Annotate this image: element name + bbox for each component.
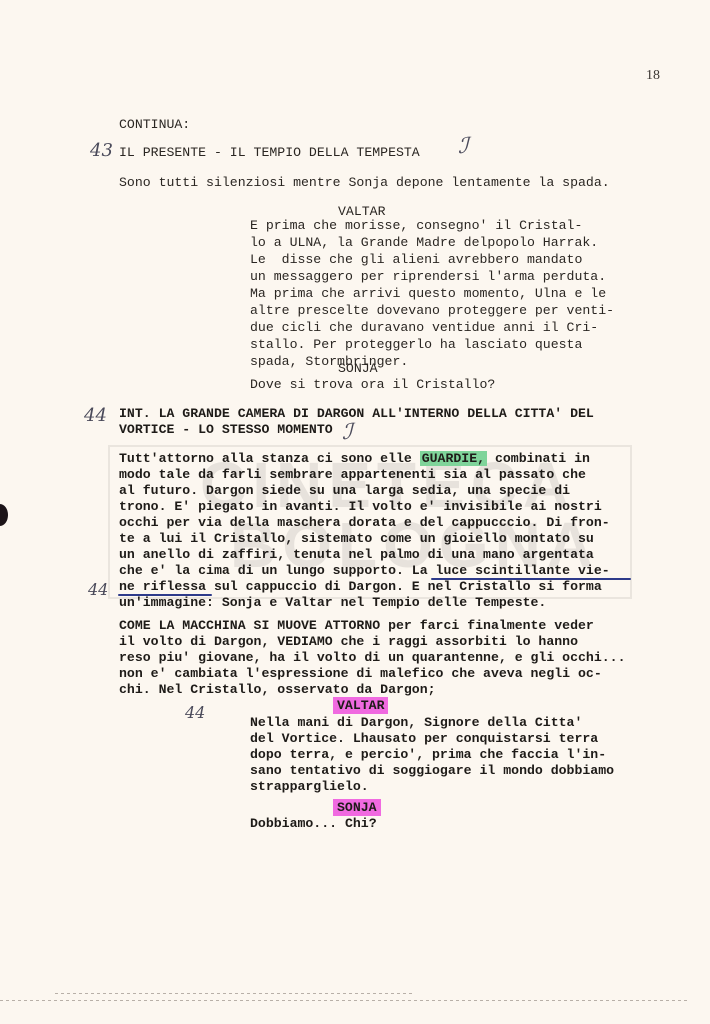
dialogue-line: E prima che morisse, consegno' il Crista…: [250, 217, 582, 234]
dialogue-line: sano tentativo di soggiogare il mondo do…: [250, 762, 614, 779]
dialogue-line: due cicli che duravano ventidue anni il …: [250, 319, 598, 336]
character-name: SONJA: [338, 360, 378, 377]
dialogue-line: Dove si trova ora il Cristallo?: [250, 376, 495, 393]
highlight-valtar: VALTAR: [333, 697, 388, 714]
scene-heading: IL PRESENTE - IL TEMPIO DELLA TEMPESTA: [119, 144, 420, 161]
action-line: te a lui il Cristallo, sistemato come un…: [119, 530, 594, 547]
dialogue-line: Le disse che gli alieni avrebbero mandat…: [250, 251, 582, 268]
dialogue-line: spada, Stormbringer.: [250, 353, 408, 370]
scene-heading: INT. LA GRANDE CAMERA DI DARGON ALL'INTE…: [119, 405, 594, 422]
dialogue-line: un messaggero per riprendersi l'arma per…: [250, 268, 606, 285]
script-page: CINETECA BOLOGNA 18 CONTINUA: 43 IL PRES…: [0, 0, 710, 1024]
check-mark-icon: ℐ: [458, 134, 468, 159]
action-line: ne riflessa sul cappuccio di Dargon. E n…: [119, 578, 602, 595]
action-line: al futuro. Dargon siede su una larga sed…: [119, 482, 570, 499]
character-name: VALTAR: [333, 697, 388, 714]
dialogue-line: Ma prima che arrivi questo momento, Ulna…: [250, 285, 606, 302]
margin-note-handwritten: 44: [185, 703, 205, 722]
highlight-guardie: GUARDIE,: [420, 451, 487, 466]
action-line: non e' cambiata l'espressione di malefic…: [119, 665, 602, 682]
action-line: occhi per via della maschera dorata e de…: [119, 514, 610, 531]
action-line: Sono tutti silenziosi mentre Sonja depon…: [119, 174, 610, 191]
scene-heading: VORTICE - LO STESSO MOMENTO: [119, 421, 333, 438]
scene-number-handwritten: 43: [90, 140, 113, 161]
action-line: il volto di Dargon, VEDIAMO che i raggi …: [119, 633, 578, 650]
character-name: SONJA: [333, 799, 381, 816]
punch-hole: [0, 504, 8, 526]
scan-artifact-line: [0, 1000, 690, 1001]
pen-underline: [431, 578, 631, 580]
dialogue-line: del Vortice. Lhausato per conquistarsi t…: [250, 730, 598, 747]
dialogue-line: stallo. Per proteggerlo ha lasciato ques…: [250, 336, 582, 353]
action-line: Tutt'attorno alla stanza ci sono elle GU…: [119, 450, 590, 467]
action-line: un anello di zaffiri, tenuta nel palmo d…: [119, 546, 594, 563]
dialogue-line: altre prescelte dovevano proteggere per …: [250, 302, 614, 319]
dialogue-line: Dobbiamo... Chi?: [250, 815, 377, 832]
dialogue-line: strapparglielo.: [250, 778, 369, 795]
action-line: COME LA MACCHINA SI MUOVE ATTORNO per fa…: [119, 617, 594, 634]
dialogue-line: dopo terra, e percio', prima che faccia …: [250, 746, 606, 763]
highlight-sonja: SONJA: [333, 799, 381, 816]
action-line: un'immagine: Sonja e Valtar nel Tempio d…: [119, 594, 546, 611]
text: combinati in: [487, 451, 590, 466]
scene-number-handwritten: 44: [84, 405, 107, 426]
action-line: trono. E' piegato in avanti. Il volto e'…: [119, 498, 602, 515]
margin-note-handwritten: 44: [88, 580, 108, 599]
action-line: che e' la cima di un lungo supporto. La …: [119, 562, 610, 579]
dialogue-line: lo a ULNA, la Grande Madre delpopolo Har…: [250, 234, 598, 251]
text: Tutt'attorno alla stanza ci sono elle: [119, 451, 420, 466]
check-mark-icon: ℐ: [342, 420, 352, 445]
continued-label: CONTINUA:: [119, 116, 190, 133]
scan-artifact-line: [55, 993, 415, 994]
pen-underline: [118, 594, 212, 596]
action-line: reso piu' giovane, ha il volto di un qua…: [119, 649, 625, 666]
action-line: chi. Nel Cristallo, osservato da Dargon;: [119, 681, 436, 698]
page-number: 18: [646, 68, 660, 84]
dialogue-line: Nella mani di Dargon, Signore della Citt…: [250, 714, 582, 731]
action-line: modo tale da farli sembrare appartenenti…: [119, 466, 586, 483]
